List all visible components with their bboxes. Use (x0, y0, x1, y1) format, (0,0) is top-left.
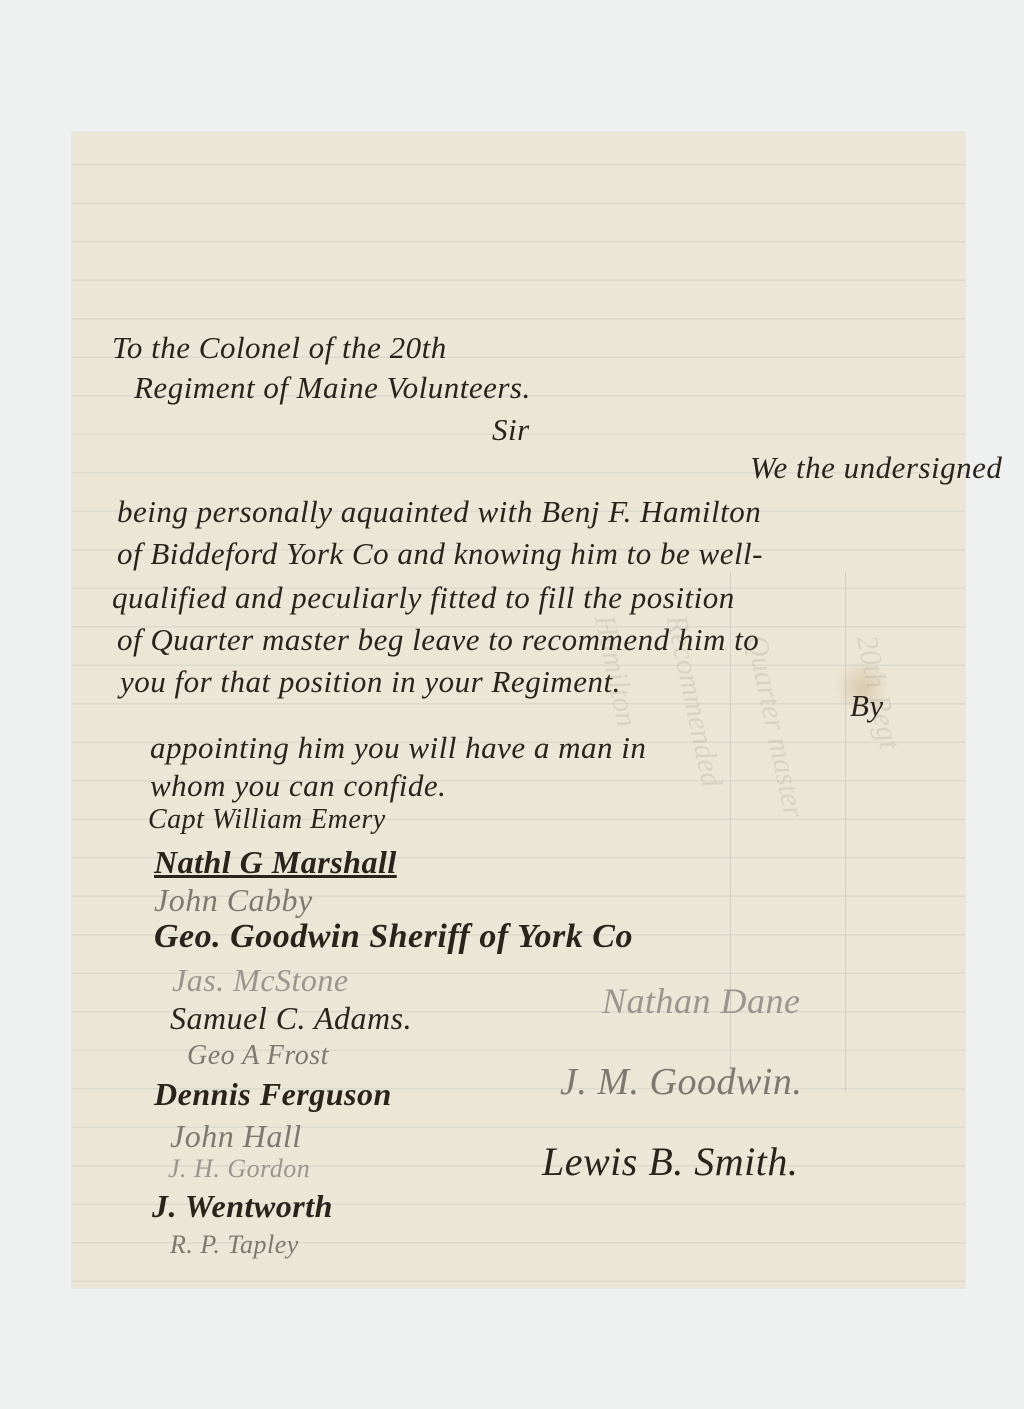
ruling-line (845, 572, 846, 1092)
letter-paper: Hamilton Recommended Quarter master 20th… (72, 132, 965, 1288)
signature: J. Wentworth (152, 1188, 333, 1225)
signature: Nathl G Marshall (154, 844, 397, 881)
signature: J. M. Goodwin. (560, 1060, 802, 1104)
body-line: We the undersigned (750, 450, 1002, 486)
signature: John Hall (170, 1118, 302, 1155)
signature: Geo. Goodwin Sheriff of York Co (154, 918, 633, 956)
body-line: whom you can confide. (150, 768, 446, 804)
bleed-through-text: Quarter master (739, 632, 811, 821)
signature: Samuel C. Adams. (170, 1000, 412, 1037)
body-line: being personally aquainted with Benj F. … (117, 494, 761, 530)
body-line: of Quarter master beg leave to recommend… (117, 622, 759, 658)
body-line: appointing him you will have a man in (150, 730, 646, 766)
salutation: Sir (492, 412, 530, 448)
body-line: qualified and peculiarly fitted to fill … (112, 580, 735, 616)
body-line: of Biddeford York Co and knowing him to … (117, 536, 763, 572)
signature: John Cabby (154, 882, 313, 919)
body-line: you for that position in your Regiment. (120, 664, 621, 700)
signature: R. P. Tapley (170, 1230, 299, 1260)
signature: Lewis B. Smith. (542, 1138, 798, 1185)
signature: Dennis Ferguson (154, 1076, 392, 1113)
signature: Geo A Frost (187, 1040, 329, 1072)
body-line: By (850, 688, 884, 724)
signature: Jas. McStone (172, 962, 349, 999)
address-line-2: Regiment of Maine Volunteers. (134, 370, 531, 406)
signature: Nathan Dane (602, 980, 801, 1022)
signature: Capt William Emery (148, 804, 386, 836)
signature: J. H. Gordon (168, 1154, 310, 1184)
address-line-1: To the Colonel of the 20th (112, 330, 447, 366)
